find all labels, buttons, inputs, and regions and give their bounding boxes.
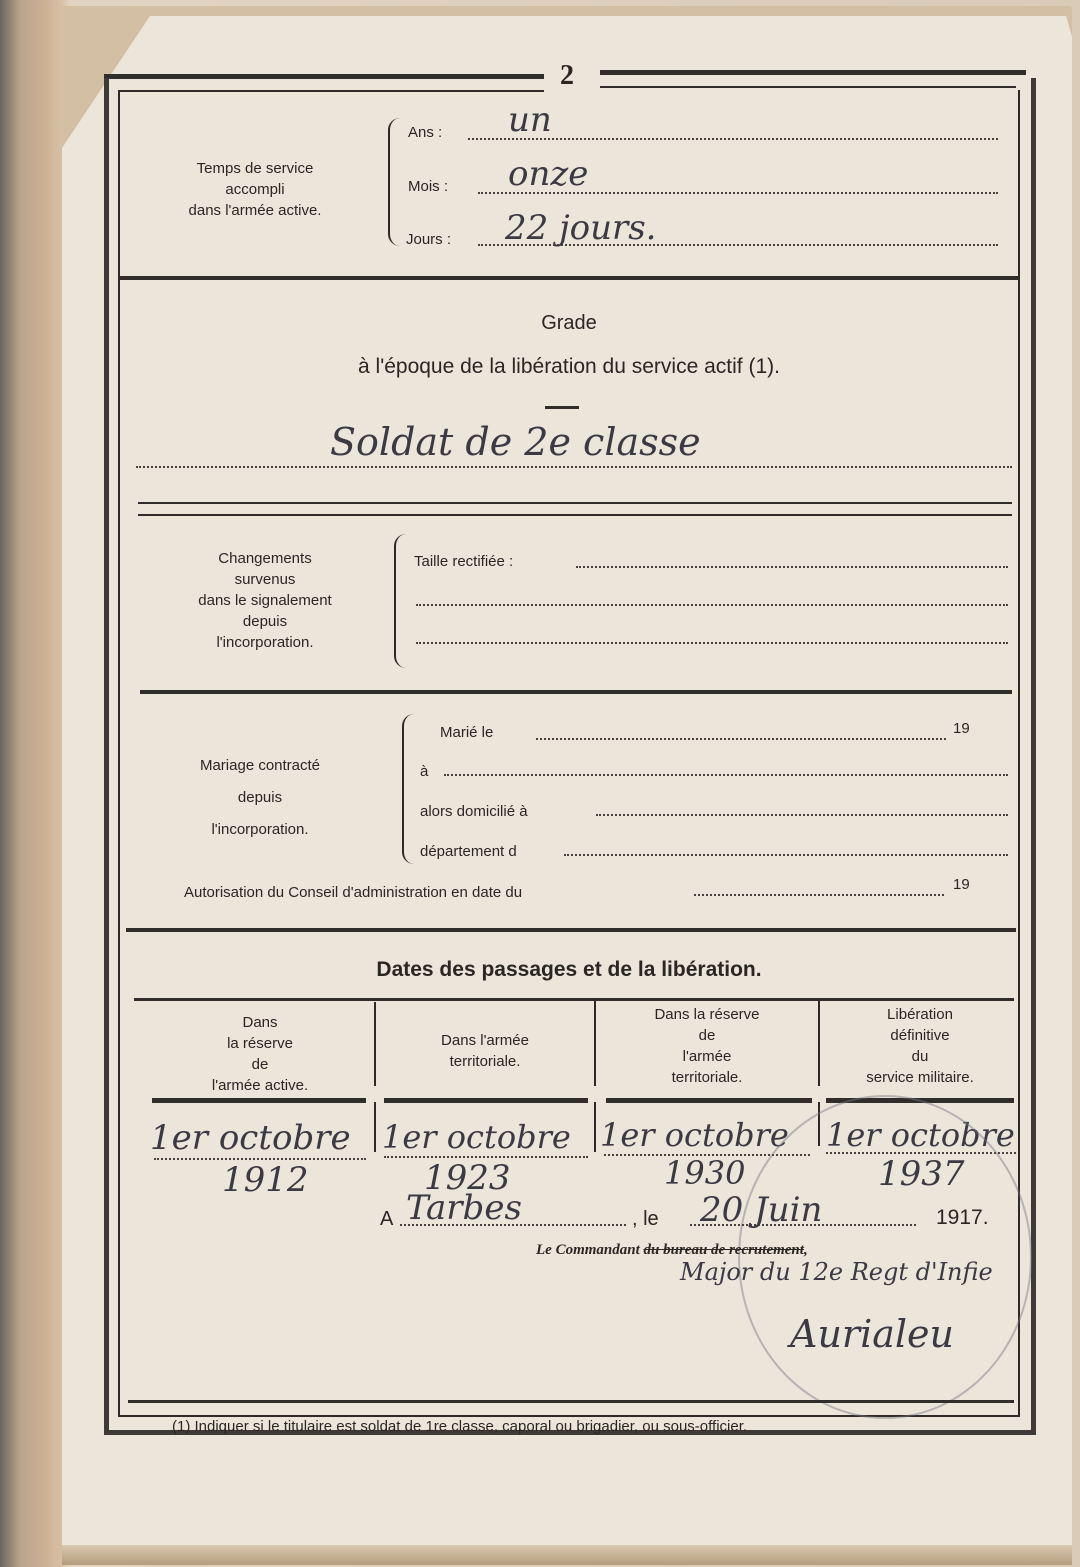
years-value: un bbox=[508, 100, 552, 140]
header-line: territoriale. bbox=[598, 1067, 816, 1088]
domicile-label: alors domicilié à bbox=[420, 803, 528, 820]
column-header-territorial-reserve: Dans la réserve de l'armée territoriale. bbox=[598, 1004, 816, 1088]
married-year-label: 19 bbox=[953, 720, 970, 737]
header-line: l'armée active. bbox=[150, 1075, 370, 1096]
column-header-territorial: Dans l'armée territoriale. bbox=[378, 1030, 592, 1072]
authorization-year-label: 19 bbox=[953, 876, 970, 893]
double-divider-bottom bbox=[138, 514, 1012, 516]
authorization-date-field[interactable] bbox=[694, 894, 944, 896]
column-divider bbox=[594, 998, 596, 1086]
header-line: de bbox=[598, 1025, 816, 1046]
marriage-place-field[interactable] bbox=[444, 774, 1008, 776]
double-divider-top bbox=[138, 502, 1012, 504]
brace bbox=[394, 534, 406, 668]
header-line: définitive bbox=[822, 1025, 1018, 1046]
heading-line: l'incorporation. bbox=[160, 814, 360, 846]
header-line: de bbox=[150, 1054, 370, 1075]
at-label: à bbox=[420, 763, 428, 780]
place-prefix: A bbox=[380, 1208, 393, 1231]
commander-signature: Aurialeu bbox=[790, 1312, 954, 1356]
grade-value: Soldat de 2e classe bbox=[330, 420, 701, 464]
heading-line: dans l'armée active. bbox=[140, 200, 370, 221]
header-line: la réserve bbox=[150, 1033, 370, 1054]
height-field[interactable] bbox=[576, 566, 1008, 568]
heading-line: l'incorporation. bbox=[150, 632, 380, 653]
header-line: l'armée bbox=[598, 1046, 816, 1067]
column-header-final-release: Libération définitive du service militai… bbox=[822, 1004, 1018, 1088]
heading-line: Mariage contracté bbox=[160, 750, 360, 782]
footnote: (1) Indiquer si le titulaire est soldat … bbox=[172, 1418, 747, 1435]
grade-title: Grade bbox=[120, 312, 1018, 335]
change-field-2[interactable] bbox=[416, 604, 1008, 606]
heading-line: accompli bbox=[140, 179, 370, 200]
date-prefix: , le bbox=[632, 1208, 659, 1231]
footnote-rule bbox=[128, 1400, 1014, 1403]
active-reserve-date: 1er octobre bbox=[150, 1118, 351, 1158]
heading-line: depuis bbox=[160, 782, 360, 814]
heading-line: survenus bbox=[150, 569, 380, 590]
height-label: Taille rectifiée : bbox=[414, 553, 513, 570]
months-value: onze bbox=[508, 154, 588, 194]
comma: , bbox=[804, 1242, 808, 1258]
section-divider bbox=[126, 928, 1016, 932]
days-value: 22 jours. bbox=[505, 208, 657, 248]
header-line: Libération bbox=[822, 1004, 1018, 1025]
territorial-reserve-year: 1930 bbox=[664, 1154, 745, 1192]
change-field-3[interactable] bbox=[416, 642, 1008, 644]
heading-line: Temps de service bbox=[140, 158, 370, 179]
years-label: Ans : bbox=[408, 124, 442, 141]
page-edge bbox=[62, 1545, 1072, 1565]
handwritten-rank: Major du 12e Regt d'Infie bbox=[680, 1258, 993, 1286]
header-line: territoriale. bbox=[378, 1051, 592, 1072]
column-divider bbox=[374, 1002, 376, 1086]
dates-title-rule bbox=[134, 998, 1014, 1001]
column-header-active-reserve: Dans la réserve de l'armée active. bbox=[150, 1012, 370, 1096]
brace bbox=[388, 118, 400, 246]
section-divider bbox=[140, 690, 1012, 694]
header-line: du bbox=[822, 1046, 1018, 1067]
active-reserve-year: 1912 bbox=[222, 1160, 309, 1200]
top-rule-right bbox=[600, 70, 1026, 75]
column-rule bbox=[152, 1098, 366, 1103]
grade-field[interactable] bbox=[136, 466, 1012, 468]
service-time-heading: Temps de service accompli dans l'armée a… bbox=[140, 158, 370, 221]
signing-date-value: 20 Juin bbox=[700, 1190, 822, 1230]
place-value: Tarbes bbox=[406, 1188, 522, 1228]
column-divider bbox=[594, 1102, 596, 1152]
territorial-reserve-date: 1er octobre bbox=[600, 1116, 789, 1154]
header-line: service militaire. bbox=[822, 1067, 1018, 1088]
grade-subtitle: à l'époque de la libération du service a… bbox=[120, 355, 1018, 379]
changes-heading: Changements survenus dans le signalement… bbox=[150, 548, 380, 653]
married-date-field[interactable] bbox=[536, 738, 946, 740]
heading-line: Changements bbox=[150, 548, 380, 569]
heading-line: depuis bbox=[150, 611, 380, 632]
department-label: département d bbox=[420, 843, 517, 860]
short-rule bbox=[545, 406, 579, 409]
marriage-heading: Mariage contracté depuis l'incorporation… bbox=[160, 750, 360, 846]
commander-title: Le Commandant bbox=[536, 1242, 640, 1258]
dates-title: Dates des passages et de la libération. bbox=[120, 958, 1018, 982]
married-label: Marié le bbox=[440, 724, 493, 741]
section-divider bbox=[120, 276, 1018, 280]
territorial-date: 1er octobre bbox=[382, 1118, 571, 1156]
header-line: Dans l'armée bbox=[378, 1030, 592, 1051]
days-label: Jours : bbox=[406, 231, 451, 248]
struck-office: du bureau de recrutement bbox=[644, 1242, 804, 1258]
column-divider bbox=[374, 1102, 376, 1152]
brace bbox=[402, 714, 414, 864]
column-rule bbox=[384, 1098, 588, 1103]
page-number: 2 bbox=[560, 60, 574, 92]
signing-year: 1917. bbox=[936, 1206, 989, 1230]
header-line: Dans la réserve bbox=[598, 1004, 816, 1025]
domicile-field[interactable] bbox=[596, 814, 1008, 816]
commander-label: Le Commandant du bureau de recrutement, bbox=[536, 1242, 808, 1259]
heading-line: dans le signalement bbox=[150, 590, 380, 611]
column-divider bbox=[818, 1000, 820, 1086]
authorization-label: Autorisation du Conseil d'administration… bbox=[184, 884, 522, 901]
department-field[interactable] bbox=[564, 854, 1008, 856]
column-rule bbox=[606, 1098, 812, 1103]
header-line: Dans bbox=[150, 1012, 370, 1033]
months-label: Mois : bbox=[408, 178, 448, 195]
